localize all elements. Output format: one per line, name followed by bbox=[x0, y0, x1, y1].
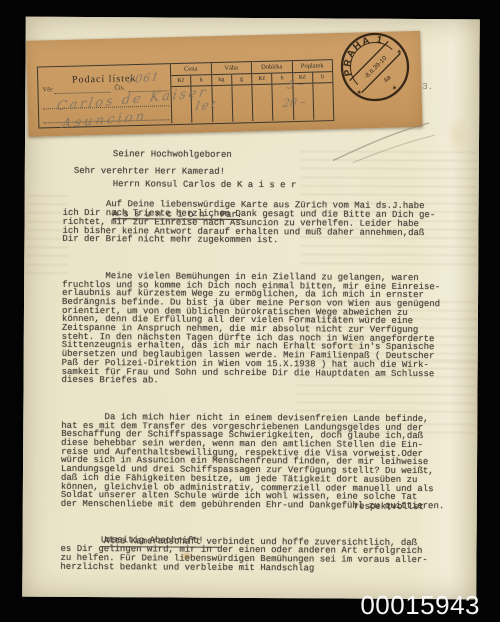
column-subheader: g bbox=[231, 74, 251, 85]
reverse-side-note: Umseitig Abschrift! bbox=[68, 527, 219, 554]
handwritten-weight: let bbox=[195, 97, 219, 113]
letter-paragraph: Da ich mich hier nicht in einem devisenf… bbox=[61, 413, 460, 511]
table-column-vaha: Váha kgg bbox=[211, 62, 253, 122]
column-header: Poplatek bbox=[292, 60, 332, 73]
column-subheader: Kč bbox=[171, 76, 190, 86]
field-label-vec: Věc bbox=[42, 86, 53, 93]
praha-postmark-stamp: PRAHA 1 -8.II.39-10 4a ✶ ✶ ✶ bbox=[334, 26, 416, 108]
closing: respektvollst bbox=[354, 503, 424, 512]
column-header: Cena bbox=[171, 63, 211, 76]
letter-paragraph: Auf Deine liebenswürdige Karte aus Züric… bbox=[62, 200, 460, 246]
archival-photo-frame: 3. Seiner Hochwohlgeboren Herrn Konsul C… bbox=[0, 0, 500, 622]
handwritten-fee: 20 – bbox=[282, 95, 307, 110]
column-subheader: h bbox=[312, 72, 332, 83]
letter-paragraph: Meine vielen Bemühungen in ein Zielland … bbox=[62, 272, 461, 388]
postmark-office-number: 4a bbox=[382, 74, 392, 84]
field-label-cis: Čís. bbox=[114, 84, 124, 91]
column-subheader: Kč bbox=[252, 74, 271, 84]
letter-page: 3. Seiner Hochwohlgeboren Herrn Konsul C… bbox=[22, 17, 480, 600]
column-header: Dobírka bbox=[252, 61, 292, 74]
column-header: Váha bbox=[211, 62, 251, 75]
form-dotted-line bbox=[55, 92, 111, 94]
salutation: Sehr verehrter Herr Kamerad! bbox=[74, 167, 225, 177]
pencil-strokes bbox=[325, 98, 495, 174]
reverse-note-text: Umseitig Abschrift! bbox=[101, 535, 220, 548]
margin-note: 3. bbox=[422, 83, 433, 92]
catalog-number: 00015943 bbox=[360, 590, 480, 621]
handwritten-fee: 5 – bbox=[286, 77, 304, 92]
star-icon: ✶ bbox=[355, 88, 365, 98]
column-subheader: kg bbox=[212, 75, 231, 85]
recipient-line: Seiner Hochwohlgeboren bbox=[113, 149, 297, 160]
